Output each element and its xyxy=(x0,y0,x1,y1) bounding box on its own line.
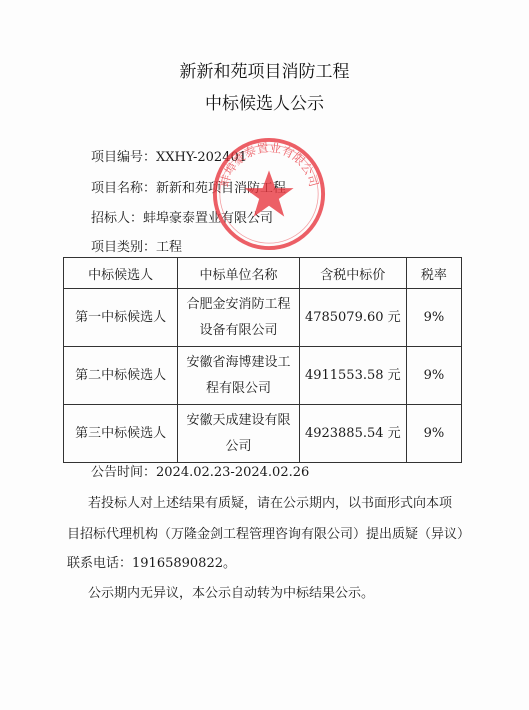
header-tax-rate: 税率 xyxy=(406,258,461,289)
project-category: 项目类别：工程 xyxy=(91,236,182,255)
table-row: 第一中标候选人 合肥金安消防工程设备有限公司 4785079.60 元 9% xyxy=(64,289,462,347)
cell-rank: 第三中标候选人 xyxy=(64,405,178,463)
cell-rank: 第一中标候选人 xyxy=(64,289,178,347)
document-title: 新新和苑项目消防工程 xyxy=(0,57,529,82)
objection-text-line2: 目招标代理机构（万隆金剑工程管理咨询有限公司）提出质疑（异议） xyxy=(67,528,470,542)
candidate-table: 中标候选人 中标单位名称 含税中标价 税率 第一中标候选人 合肥金安消防工程设备… xyxy=(63,257,462,463)
tenderer: 招标人：蚌埠豪泰置业有限公司 xyxy=(91,207,273,226)
cell-tax-rate: 9% xyxy=(406,289,461,347)
cell-company: 安徽天成建设有限公司 xyxy=(178,405,299,463)
project-name: 项目名称：新新和苑项目消防工程 xyxy=(91,177,286,196)
cell-rank: 第二中标候选人 xyxy=(64,347,178,405)
header-company: 中标单位名称 xyxy=(178,258,299,289)
cell-company: 安徽省海博建设工程有限公司 xyxy=(178,347,299,405)
cell-price: 4785079.60 元 xyxy=(299,289,406,347)
cell-tax-rate: 9% xyxy=(406,347,461,405)
final-note: 公示期内无异议，本公示自动转为中标结果公示。 xyxy=(88,587,374,601)
header-rank: 中标候选人 xyxy=(64,258,178,289)
cell-price: 4923885.54 元 xyxy=(299,405,406,463)
objection-text-line1: 若投标人对上述结果有质疑，请在公示期内，以书面形式向本项 xyxy=(88,497,452,511)
announcement-period: 公告时间：2024.02.23-2024.02.26 xyxy=(91,466,309,480)
document-subtitle: 中标候选人公示 xyxy=(0,89,529,114)
header-price: 含税中标价 xyxy=(299,258,406,289)
contact-phone: 联系电话：19165890822。 xyxy=(67,557,236,571)
cell-price: 4911553.58 元 xyxy=(299,347,406,405)
project-number: 项目编号：XXHY-202401 xyxy=(91,146,247,165)
cell-tax-rate: 9% xyxy=(406,405,461,463)
table-header-row: 中标候选人 中标单位名称 含税中标价 税率 xyxy=(64,258,462,289)
table-row: 第二中标候选人 安徽省海博建设工程有限公司 4911553.58 元 9% xyxy=(64,347,462,405)
table-row: 第三中标候选人 安徽天成建设有限公司 4923885.54 元 9% xyxy=(64,405,462,463)
cell-company: 合肥金安消防工程设备有限公司 xyxy=(178,289,299,347)
